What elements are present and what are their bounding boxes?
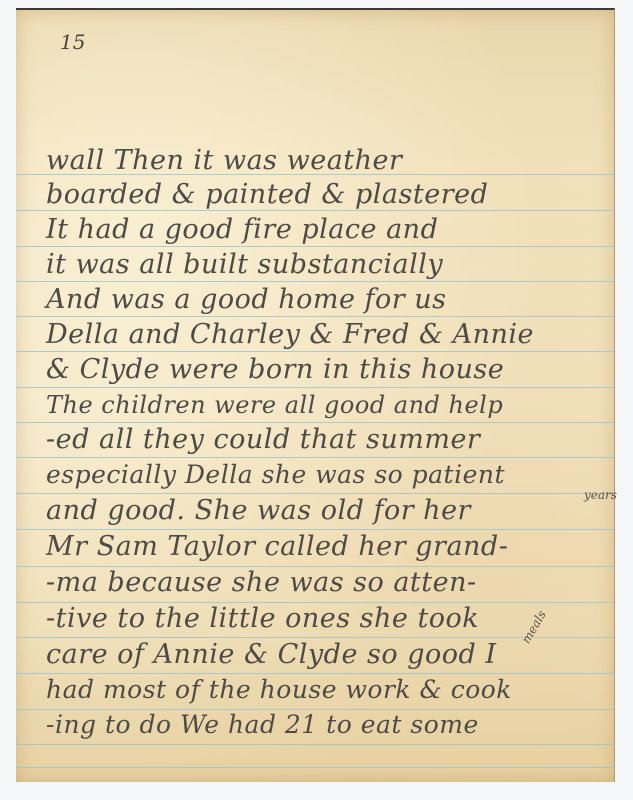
ruled-line xyxy=(16,210,614,211)
ruled-line xyxy=(16,246,614,247)
text-line: especially Della she was so patient xyxy=(46,460,616,490)
text-line: And was a good home for us xyxy=(46,285,616,315)
handwritten-letter-page: 15 wall Then it was weather boarded & pa… xyxy=(16,8,615,782)
text-line: wall Then it was weather xyxy=(46,146,616,176)
text-line: -ma because she was so atten- xyxy=(46,568,616,598)
ruled-line xyxy=(16,529,614,530)
text-line: Della and Charley & Fred & Annie xyxy=(46,320,616,350)
ruled-line xyxy=(16,387,614,388)
ruled-line xyxy=(16,744,614,745)
page-number: 15 xyxy=(60,30,85,54)
ruled-line xyxy=(16,351,614,352)
ruled-line xyxy=(16,422,614,423)
text-line: -ed all they could that summer xyxy=(46,425,616,455)
text-line: It had a good fire place and xyxy=(46,215,616,245)
text-line: and good. She was old for her xyxy=(46,496,616,526)
insertion-years: years xyxy=(584,488,617,502)
text-line: & Clyde were born in this house xyxy=(46,355,616,385)
ruled-line xyxy=(16,673,614,674)
text-line: boarded & painted & plastered xyxy=(46,180,616,210)
ruled-line xyxy=(16,281,614,282)
text-line: had most of the house work & cook xyxy=(46,675,616,705)
text-line: Mr Sam Taylor called her grand- xyxy=(46,532,616,562)
ruled-line xyxy=(16,457,614,458)
text-line: -ing to do We had 21 to eat some xyxy=(46,710,616,740)
ruled-line xyxy=(16,493,614,494)
ruled-line xyxy=(16,316,614,317)
text-line: The children were all good and help xyxy=(46,390,616,420)
ruled-line xyxy=(16,767,614,768)
text-line: it was all built substancially xyxy=(46,250,616,280)
